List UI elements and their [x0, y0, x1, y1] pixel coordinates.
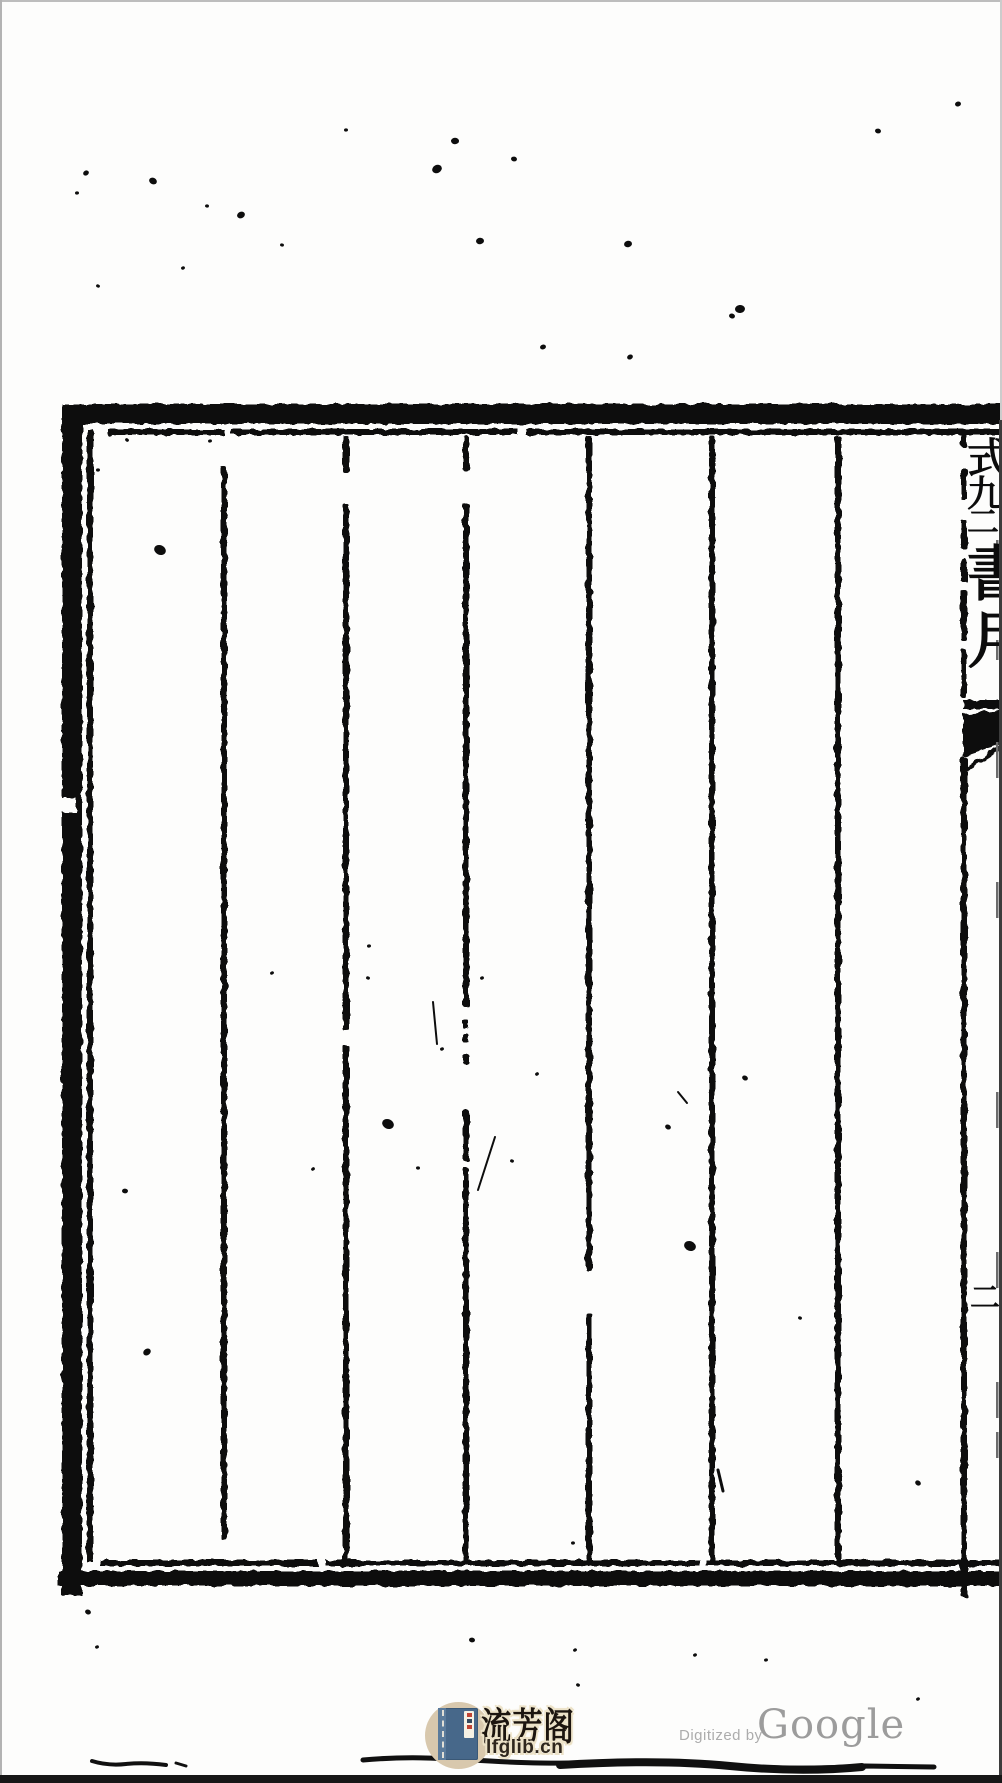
- banxin-lower-character: 二: [970, 1284, 1000, 1314]
- column-line: [463, 436, 469, 471]
- column-line: [961, 757, 967, 1597]
- column-line: [463, 1110, 469, 1161]
- column-lines: [221, 429, 967, 1597]
- book-stitch-decoration: [442, 1710, 444, 1758]
- scan-edge-bottom: [0, 1775, 1002, 1783]
- column-line: [709, 436, 715, 1562]
- column-line: [343, 504, 349, 1031]
- book-icon: [438, 1708, 478, 1760]
- watermark-site-url: lfglib.cn: [486, 1737, 563, 1759]
- column-line: [835, 436, 841, 1562]
- ink-specks: [75, 101, 962, 1701]
- banxin-character: 月: [967, 610, 1002, 672]
- scanned-book-page: 式九二書月二 流芳阁 lfglib.cn Digitized by Google: [0, 0, 1002, 1783]
- digitized-by-label: Digitized by: [679, 1727, 763, 1744]
- page-frame: [58, 404, 1002, 1596]
- column-line: [221, 467, 227, 1540]
- column-line: [343, 1045, 349, 1562]
- scan-edge-left: [0, 0, 2, 1783]
- google-logo: Google: [757, 1702, 905, 1748]
- column-line: [586, 1313, 592, 1562]
- woodblock-frame-artwork: [0, 0, 1002, 1783]
- ink-scratches: [433, 1002, 723, 1491]
- scan-edge-top: [0, 0, 1002, 2]
- column-line: [463, 1020, 469, 1029]
- column-line: [343, 436, 349, 473]
- column-line: [463, 1054, 469, 1064]
- column-line: [586, 436, 592, 1271]
- column-line: [463, 1168, 469, 1562]
- column-line: [463, 503, 469, 1007]
- column-line: [463, 1034, 469, 1043]
- book-title-label: [464, 1711, 474, 1738]
- banxin-character: 書: [967, 545, 1002, 605]
- banxin-character: 二: [967, 506, 999, 538]
- ink-smear: [92, 1758, 934, 1770]
